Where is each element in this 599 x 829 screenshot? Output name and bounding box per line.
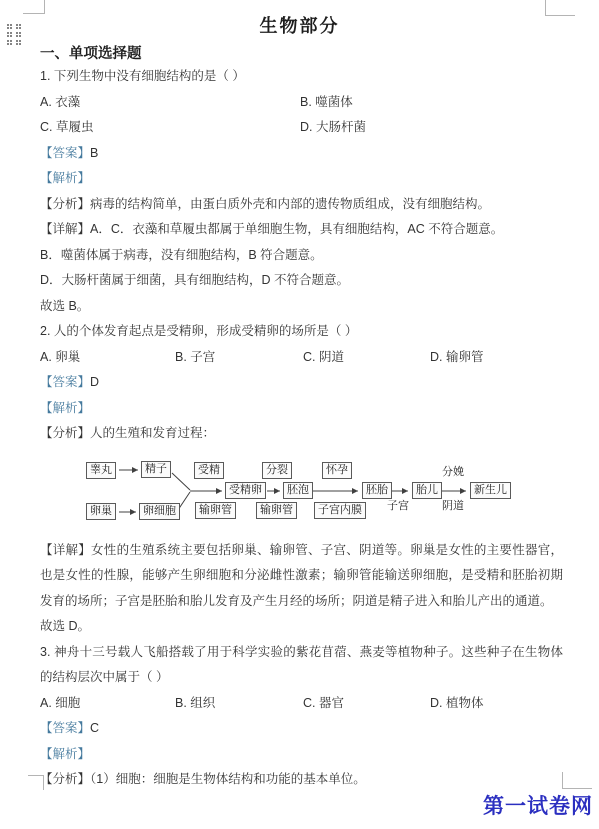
drag-handle-dot [7,32,12,37]
q1-detail-b: B．噬菌体属于病毒，没有细胞结构，B 符合题意。 [40,243,563,269]
q1-option-b[interactable]: B. 噬菌体 [300,90,563,116]
q1-option-c[interactable]: C. 草履虫 [40,115,300,141]
q2-stem: 2. 人的个体发育起点是受精卵，形成受精卵的场所是（ ） [40,319,563,345]
q1-detail-ac: 【详解】A．C．衣藻和草履虫都属于单细胞生物，具有细胞结构，AC 不符合题意。 [40,217,563,243]
q2-options-row: A. 卵巢 B. 子宫 C. 阴道 D. 输卵管 [40,345,563,371]
crop-mark-top-left-v [44,0,45,13]
flow-node-division: 分裂 [262,462,292,479]
q2-option-c[interactable]: C. 阴道 [303,345,430,371]
q2-detail: 【详解】女性的生殖系统主要包括卵巢、输卵管、子宫、阴道等。卵巢是女性的主要性器官… [40,538,563,615]
crop-mark-top-right-v [545,0,546,15]
q3-option-d[interactable]: D. 植物体 [430,691,563,717]
flow-node-fertilized-egg: 受精卵 [225,482,266,499]
answer-tag: 【答案】 [40,721,90,735]
explain-tag: 【解析】 [40,171,90,185]
flow-node-embryo: 胚胎 [362,482,392,499]
q1-explain-line: 【解析】 [40,166,563,192]
q1-detail-d: D．大肠杆菌属于细菌，具有细胞结构，D 不符合题意。 [40,268,563,294]
answer-tag: 【答案】 [40,146,90,160]
crop-mark-top-left-h [23,13,45,14]
q1-answer-line: 【答案】B [40,141,563,167]
watermark-site-name[interactable]: 第一试卷网 [483,790,593,820]
q3-answer-line: 【答案】C [40,716,563,742]
flow-node-oviduct-2: 输卵管 [256,502,297,519]
q3-analysis: 【分析】（1）细胞：细胞是生物体结构和功能的基本单位。 [40,767,563,793]
q1-analysis: 【分析】病毒的结构简单，由蛋白质外壳和内部的遗传物质组成，没有细胞结构。 [40,192,563,218]
flow-node-sperm: 精子 [141,461,171,478]
q2-option-d[interactable]: D. 输卵管 [430,345,563,371]
flow-node-blastocyst: 胚泡 [283,482,313,499]
q3-answer-value: C [90,721,99,735]
flow-node-newborn: 新生儿 [470,482,511,499]
flow-node-pregnancy: 怀孕 [322,462,352,479]
flow-node-testis: 睾丸 [86,462,116,479]
drag-handle-dot [16,24,21,29]
flow-node-ovary: 卵巢 [86,503,116,520]
q3-option-a[interactable]: A. 细胞 [40,691,175,717]
crop-mark-top-right-h [545,15,575,16]
crop-mark-bottom-left-v [43,775,44,790]
q1-stem: 1. 下列生物中没有细胞结构的是（ ） [40,64,563,90]
q3-options-row: A. 细胞 B. 组织 C. 器官 D. 植物体 [40,691,563,717]
reproduction-flowchart: 睾丸 精子 卵巢 卵细胞 受精 输卵管 受精卵 分裂 输卵管 胚泡 怀孕 子宫内… [86,456,538,530]
crop-mark-bottom-right-v [562,772,563,788]
q1-options-row-2: C. 草履虫 D. 大肠杆菌 [40,115,563,141]
flow-node-oviduct-1: 输卵管 [195,502,236,519]
q2-conclusion: 故选 D。 [40,614,563,640]
section-heading: 一、单项选择题 [40,34,563,64]
q2-option-a[interactable]: A. 卵巢 [40,345,175,371]
q1-answer-value: B [90,146,98,160]
crop-mark-bottom-left-h [28,775,44,776]
q2-analysis: 【分析】人的生殖和发育过程： [40,421,563,447]
flow-node-fetus: 胎儿 [412,482,442,499]
q1-option-d[interactable]: D. 大肠杆菌 [300,115,563,141]
drag-handle-icon[interactable] [7,24,21,45]
flow-label-uterus: 子宫 [387,500,409,513]
explain-tag: 【解析】 [40,401,90,415]
q2-answer-line: 【答案】D [40,370,563,396]
q2-answer-value: D [90,375,99,389]
drag-handle-dot [16,32,21,37]
q2-explain-line: 【解析】 [40,396,563,422]
document-page: 生物部分 一、单项选择题 1. 下列生物中没有细胞结构的是（ ） A. 衣藻 B… [0,0,599,829]
flow-node-endometrium: 子宫内膜 [314,502,366,519]
q3-stem: 3. 神舟十三号载人飞船搭载了用于科学实验的紫花苜蓿、燕麦等植物种子。这些种子在… [40,640,563,691]
q1-conclusion: 故选 B。 [40,294,563,320]
crop-mark-bottom-right-h [562,788,592,789]
q3-option-c[interactable]: C. 器官 [303,691,430,717]
page-title: 生物部分 [0,0,599,34]
answer-tag: 【答案】 [40,375,90,389]
drag-handle-dot [7,24,12,29]
q3-explain-line: 【解析】 [40,742,563,768]
q1-options-row-1: A. 衣藻 B. 噬菌体 [40,90,563,116]
q2-option-b[interactable]: B. 子宫 [175,345,303,371]
q1-option-a[interactable]: A. 衣藻 [40,90,300,116]
drag-handle-dot [16,40,21,45]
flow-label-vagina: 阴道 [442,500,464,513]
flow-node-fertilization: 受精 [194,462,224,479]
drag-handle-dot [7,40,12,45]
q3-option-b[interactable]: B. 组织 [175,691,303,717]
flow-node-egg-cell: 卵细胞 [139,503,180,520]
flow-label-delivery: 分娩 [442,466,464,479]
explain-tag: 【解析】 [40,747,90,761]
